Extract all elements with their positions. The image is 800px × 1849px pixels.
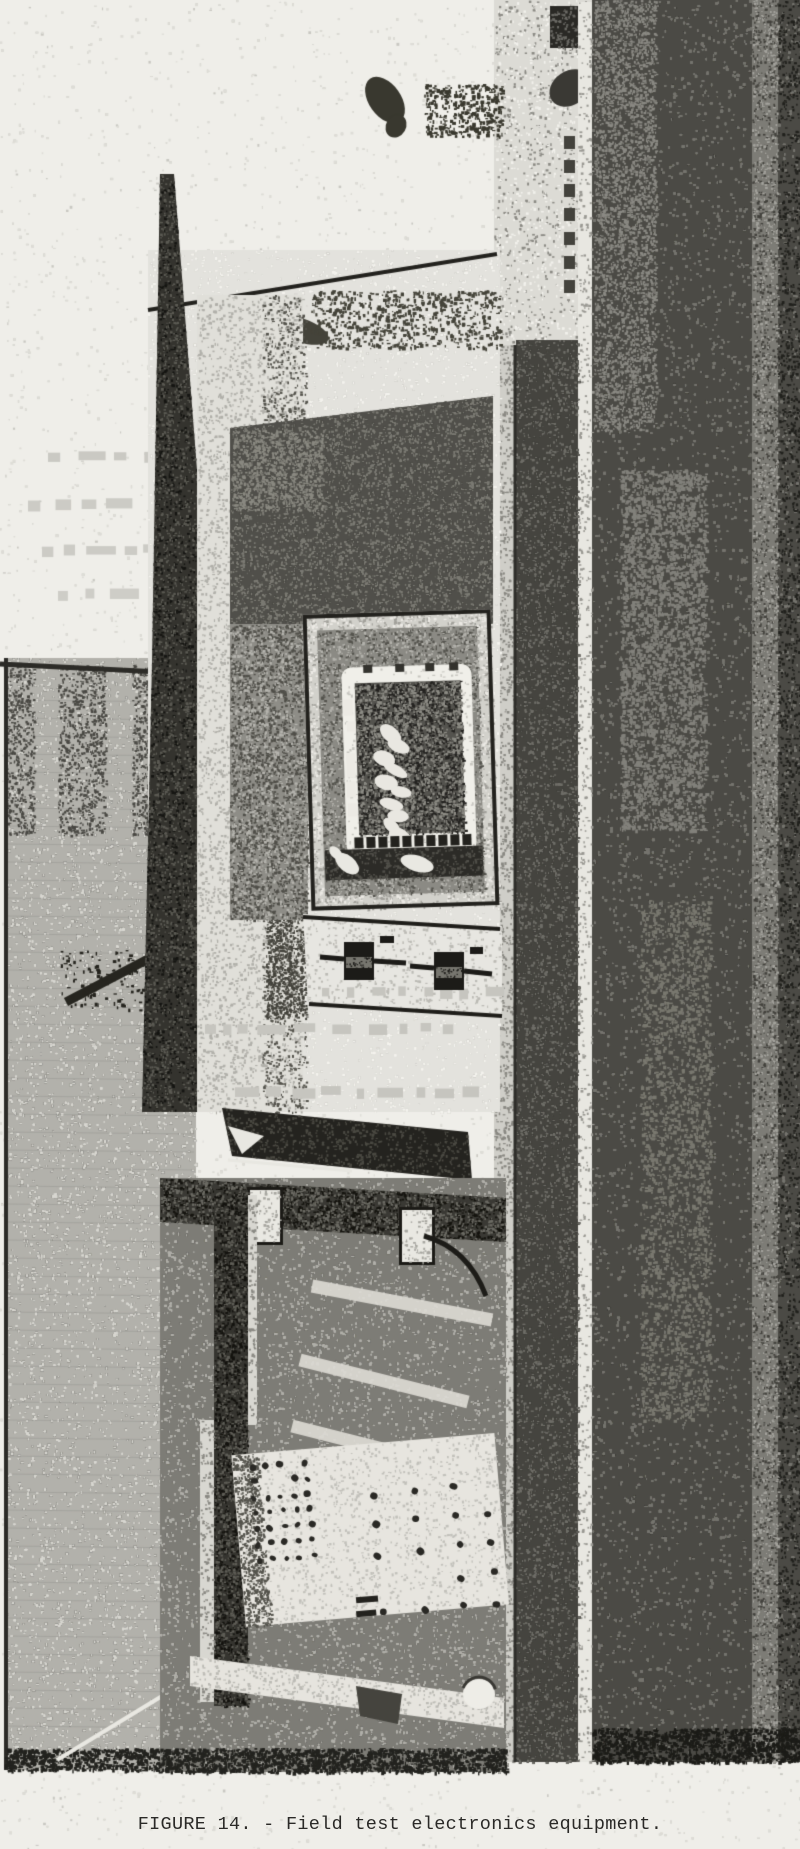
connector-pin-grid [250,1450,320,1565]
control-panel [303,914,502,1018]
document-page: FIGURE 14. - Field test electronics equi… [0,0,800,1849]
crt-screen [357,682,463,834]
slider-knob-left [344,942,374,980]
round-hole [462,1678,496,1712]
dark-curtain [588,0,800,1762]
figure-caption: FIGURE 14. - Field test electronics equi… [0,1814,800,1835]
slider-knob-right [434,952,464,990]
keyboard-slot [222,1108,472,1180]
